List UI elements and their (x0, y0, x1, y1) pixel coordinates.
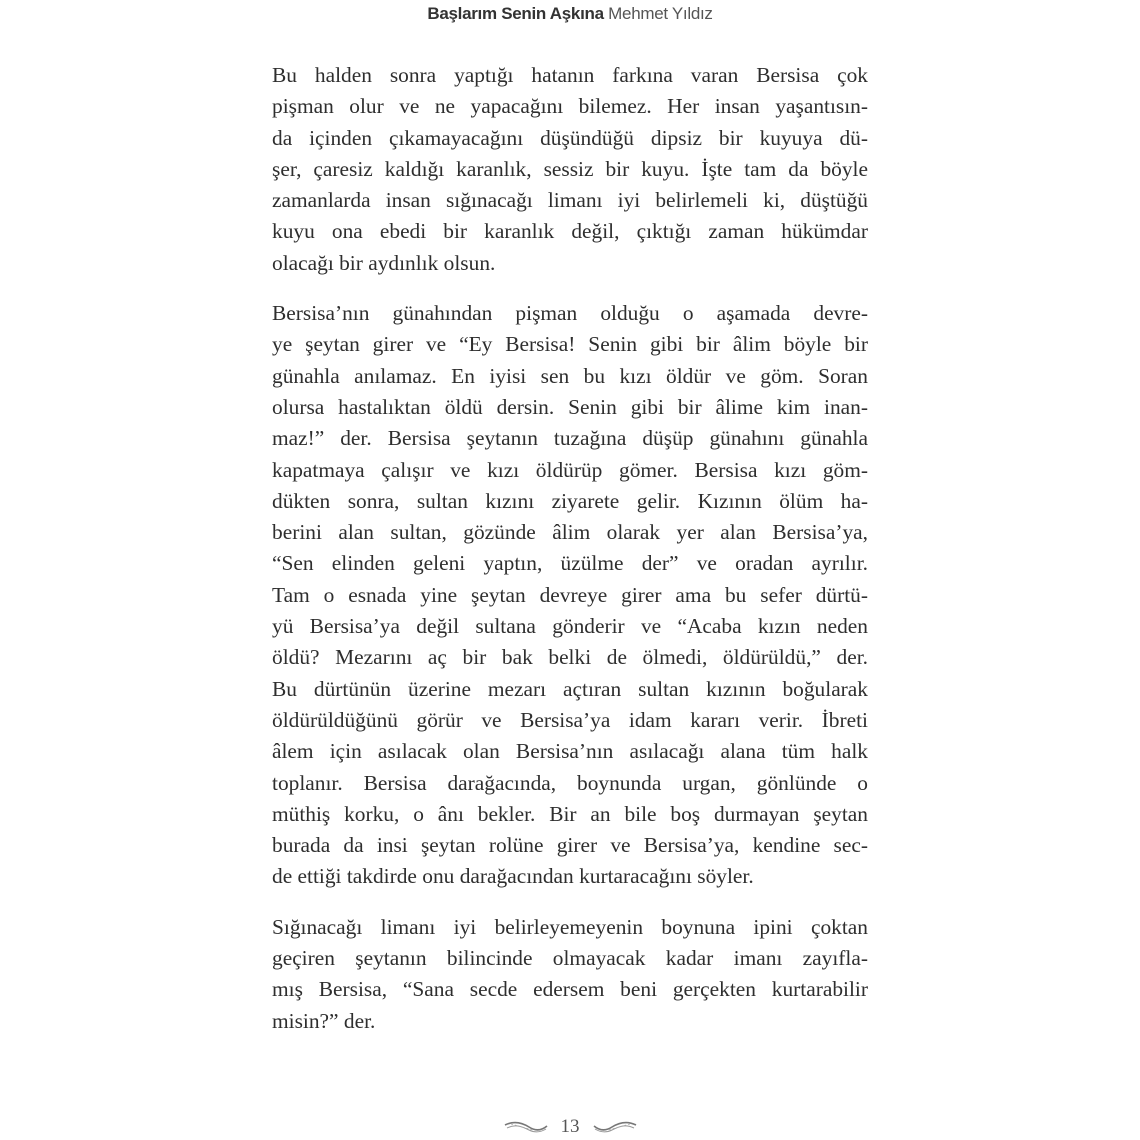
text-line: burada da insi şeytan rolüne girer ve Be… (272, 830, 868, 861)
text-line: öldürüldüğünü görür ve Bersisa’ya idam k… (272, 705, 868, 736)
text-line: âlem için asılacak olan Bersisa’nın asıl… (272, 736, 868, 767)
running-header: Başlarım Senin Aşkına Mehmet Yıldız (0, 4, 1140, 24)
text-line: kapatmaya çalışır ve kızı öldürüp gömer.… (272, 455, 868, 486)
page-number: 13 (561, 1116, 580, 1138)
text-line: yü Bersisa’ya değil sultana gönderir ve … (272, 611, 868, 642)
text-line: şer, çaresiz kaldığı karanlık, sessiz bi… (272, 154, 868, 185)
text-line: zamanlarda insan sığınacağı limanı iyi b… (272, 185, 868, 216)
text-line: Bu halden sonra yaptığı hatanın farkına … (272, 60, 868, 91)
text-line: maz!” der. Bersisa şeytanın tuzağına düş… (272, 423, 868, 454)
text-line: da içinden çıkamayacağını düşündüğü dips… (272, 123, 868, 154)
text-line: Sığınacağı limanı iyi belirleyemeyenin b… (272, 912, 868, 943)
page-body: Bu halden sonra yaptığı hatanın farkına … (272, 60, 868, 1056)
text-line: “Sen elinden geleni yaptın, üzülme der” … (272, 548, 868, 579)
book-title: Başlarım Senin Aşkına (427, 4, 603, 23)
text-line: olacağı bir aydınlık olsun. (272, 248, 868, 279)
paragraph-1: Bu halden sonra yaptığı hatanın farkına … (272, 60, 868, 279)
flourish-left-icon (503, 1120, 549, 1134)
page-footer: 13 (0, 1116, 1140, 1138)
paragraph-2: Bersisa’nın günahından pişman olduğu o a… (272, 298, 868, 893)
text-line: misin?” der. (272, 1006, 868, 1037)
text-line: Tam o esnada yine şeytan devreye girer a… (272, 580, 868, 611)
text-line: pişman olur ve ne yapacağını bilemez. He… (272, 91, 868, 122)
text-line: de ettiği takdirde onu darağacından kurt… (272, 861, 868, 892)
text-line: dükten sonra, sultan kızını ziyarete gel… (272, 486, 868, 517)
text-line: günahla anılamaz. En iyisi sen bu kızı ö… (272, 361, 868, 392)
text-line: toplanır. Bersisa darağacında, boynunda … (272, 768, 868, 799)
text-line: Bu dürtünün üzerine mezarı açtıran sulta… (272, 674, 868, 705)
text-line: Bersisa’nın günahından pişman olduğu o a… (272, 298, 868, 329)
text-line: öldü? Mezarını aç bir bak belki de ölmed… (272, 642, 868, 673)
text-line: berini alan sultan, gözünde âlim olarak … (272, 517, 868, 548)
text-line: müthiş korku, o ânı bekler. Bir an bile … (272, 799, 868, 830)
text-line: kuyu ona ebedi bir karanlık değil, çıktı… (272, 216, 868, 247)
author-name: Mehmet Yıldız (608, 4, 712, 23)
paragraph-3: Sığınacağı limanı iyi belirleyemeyenin b… (272, 912, 868, 1037)
text-line: mış Bersisa, “Sana secde edersem beni ge… (272, 974, 868, 1005)
flourish-right-icon (592, 1120, 638, 1134)
text-line: olursa hastalıktan öldü dersin. Senin gi… (272, 392, 868, 423)
text-line: geçiren şeytanın bilincinde olmayacak ka… (272, 943, 868, 974)
text-line: ye şeytan girer ve “Ey Bersisa! Senin gi… (272, 329, 868, 360)
